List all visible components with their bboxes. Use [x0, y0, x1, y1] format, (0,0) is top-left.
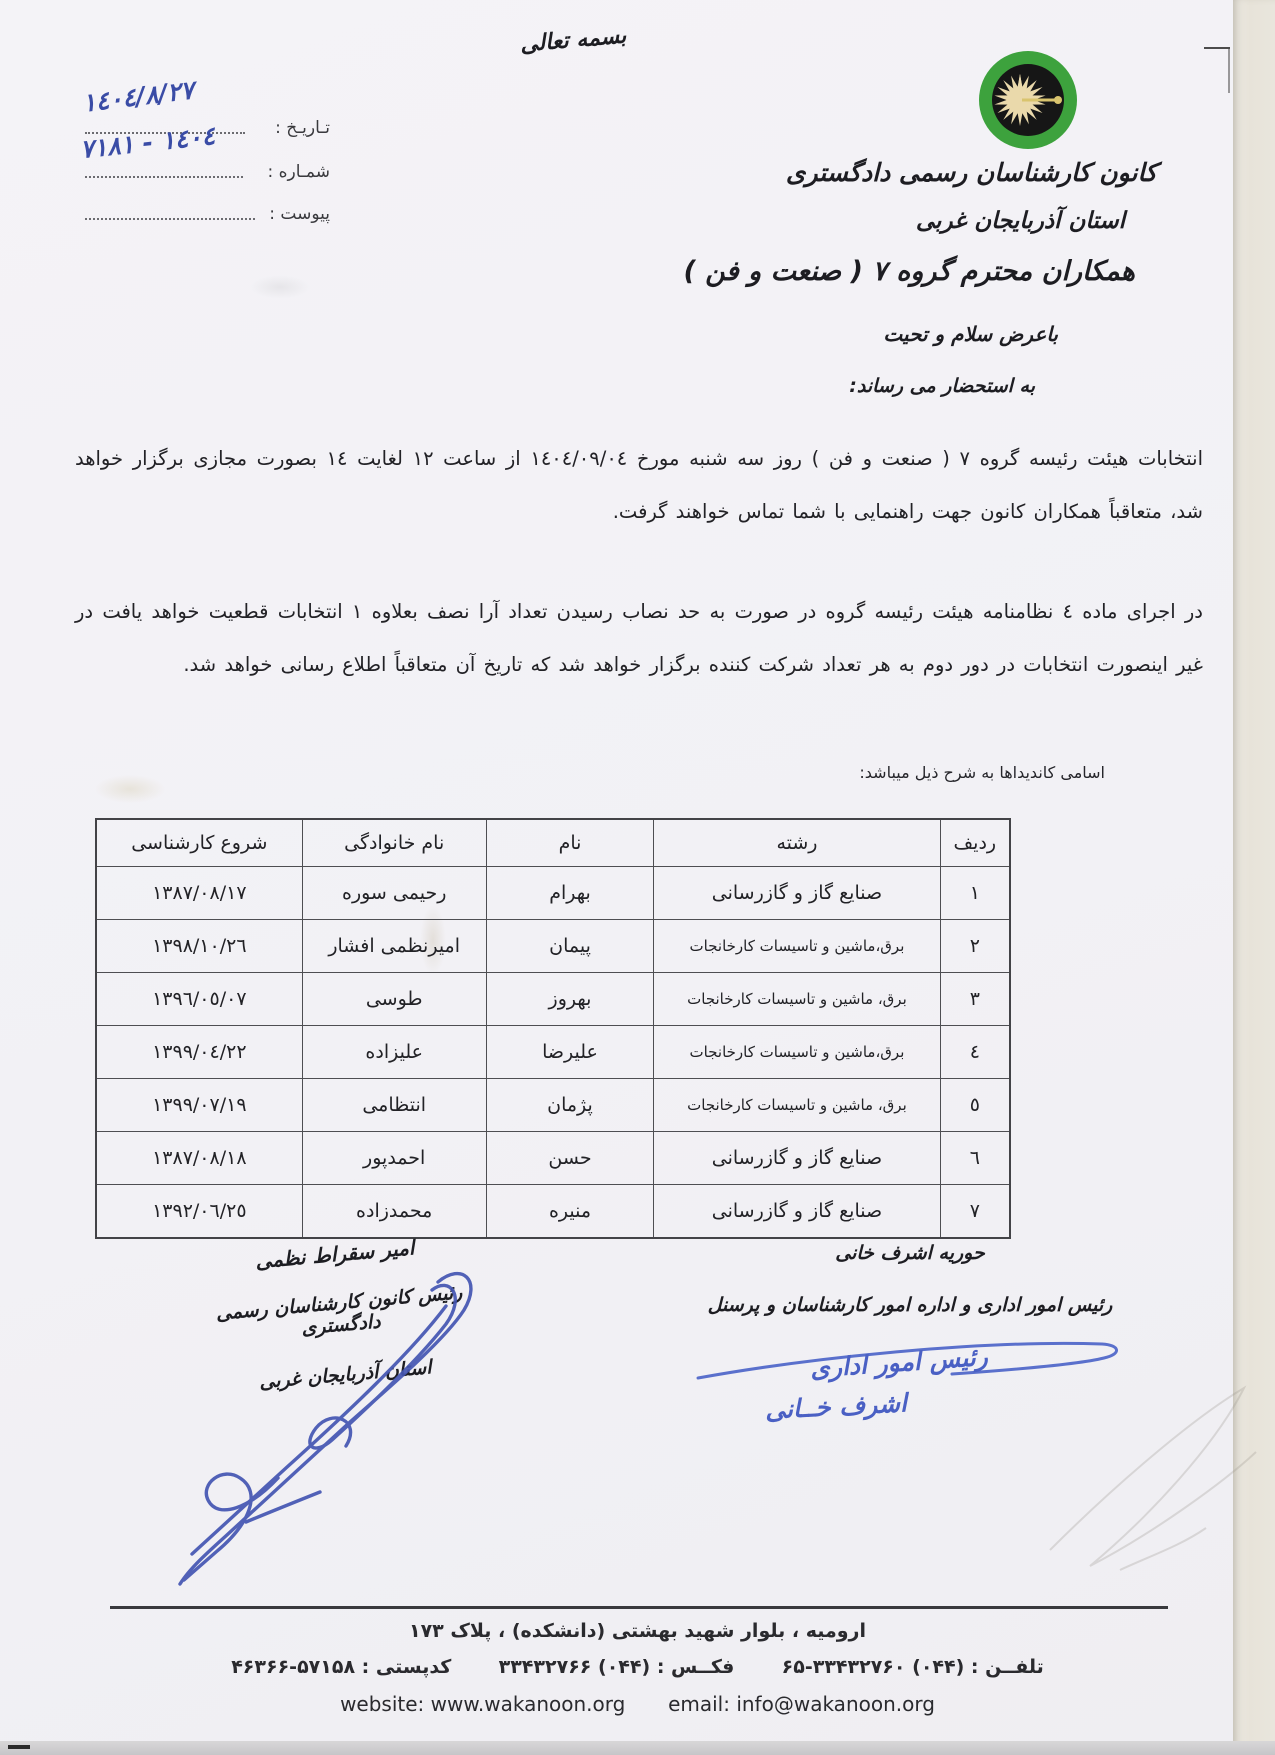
org-name: کانون کارشناسان رسمی دادگستری: [786, 158, 1157, 187]
cell-nam-khanevadegi: انتظامی: [302, 1079, 486, 1132]
cell-radif: ٤: [940, 1026, 1010, 1079]
cell-radif: ٥: [940, 1079, 1010, 1132]
cell-nam-khanevadegi: طوسی: [302, 973, 486, 1026]
org-region: استان آذربایجان غربی: [916, 208, 1125, 234]
header-reshteh: رشته: [654, 819, 940, 867]
footer-web-line: website: www.wakanoon.org email: info@wa…: [0, 1692, 1275, 1716]
admin-name: حوریه اشرف خانی: [700, 1242, 1120, 1264]
cell-shoru: ١٣٨٧/٠٨/١٨: [96, 1132, 302, 1185]
table-row: ٦ صنایع گاز و گازرسانی حسن احمدپور ١٣٨٧/…: [96, 1132, 1010, 1185]
salutation-line: باعرض سلام و تحیت: [883, 322, 1058, 346]
cell-reshteh: صنایع گاز و گازرسانی: [654, 1132, 940, 1185]
header-nam: نام: [486, 819, 654, 867]
footer-fax-label: فکــس :: [657, 1656, 735, 1678]
footer-postal-value: ۵۷۱۵۸-۴۶۳۶۶: [231, 1656, 355, 1678]
attachment-dotted-line: [85, 204, 255, 220]
bismillah-text: بسمه تعالی: [519, 23, 627, 57]
cell-nam-khanevadegi: احمدپور: [302, 1132, 486, 1185]
header-radif: ردیف: [940, 819, 1010, 867]
cell-radif: ٧: [940, 1185, 1010, 1239]
table-row: ٥ برق، ماشین و تاسیسات کارخانجات پژمان ا…: [96, 1079, 1010, 1132]
cell-nam: حسن: [486, 1132, 654, 1185]
opening-line: به استحضار می رساند:: [849, 375, 1035, 397]
admin-title: رئیس امور اداری و اداره امور کارشناسان و…: [700, 1294, 1120, 1316]
body-paragraph-2: در اجرای ماده ٤ نظامنامه هیئت رئیسه گروه…: [75, 585, 1203, 691]
association-logo: [978, 50, 1078, 150]
body-paragraph-1: انتخابات هیئت رئیسه گروه ٧ ( صنعت و فن )…: [75, 432, 1203, 538]
cell-reshteh: صنایع گاز و گازرسانی: [654, 1185, 940, 1239]
scan-edge-bottom: [0, 1741, 1275, 1755]
date-label: تـاریـخ :: [275, 118, 330, 138]
cell-shoru: ١٣٩٦/٠٥/٠٧: [96, 973, 302, 1026]
footer-email-value: info@wakanoon.org: [736, 1692, 935, 1716]
stamp-line-2: اشرف خــانی: [764, 1388, 907, 1424]
cell-nam: منیره: [486, 1185, 654, 1239]
cell-shoru: ١٣٩٩/٠٧/١٩: [96, 1079, 302, 1132]
footer-phone-label: تلفــن :: [971, 1656, 1044, 1678]
cell-reshteh: برق،ماشین و تاسیسات کارخانجات: [654, 920, 940, 973]
header-shoru-karshenasi: شروع کارشناسی: [96, 819, 302, 867]
cell-nam-khanevadegi: علیزاده: [302, 1026, 486, 1079]
cell-radif: ٦: [940, 1132, 1010, 1185]
paper-stain: [250, 275, 310, 299]
cell-reshteh: برق،ماشین و تاسیسات کارخانجات: [654, 1026, 940, 1079]
cell-nam-khanevadegi: محمدزاده: [302, 1185, 486, 1239]
cell-nam: بهروز: [486, 973, 654, 1026]
table-row: ٤ برق،ماشین و تاسیسات کارخانجات علیرضا ع…: [96, 1026, 1010, 1079]
attachment-label: پیوست :: [269, 204, 330, 224]
faint-pencil-scribble: [1030, 1360, 1270, 1590]
table-row: ٣ برق، ماشین و تاسیسات کارخانجات بهروز ط…: [96, 973, 1010, 1026]
cell-nam: پژمان: [486, 1079, 654, 1132]
table-row: ١ صنایع گاز و گازرسانی بهرام رحیمی سوره …: [96, 867, 1010, 920]
cell-reshteh: صنایع گاز و گازرسانی: [654, 867, 940, 920]
cell-nam: بهرام: [486, 867, 654, 920]
cell-nam-khanevadegi: رحیمی سوره: [302, 867, 486, 920]
corner-crop-mark-v: [1228, 49, 1230, 93]
cell-shoru: ١٣٨٧/٠٨/١٧: [96, 867, 302, 920]
footer-email-label: email:: [668, 1692, 730, 1716]
corner-crop-mark-h: [1204, 47, 1230, 49]
cell-shoru: ١٣٩٢/٠٦/٢٥: [96, 1185, 302, 1239]
footer-website-value: www.wakanoon.org: [431, 1692, 626, 1716]
number-dotted-line: [85, 162, 243, 178]
candidates-table: ردیف رشته نام نام خانوادگی شروع کارشناسی…: [95, 818, 1011, 1239]
footer-divider: [110, 1606, 1168, 1609]
cell-nam: پیمان: [486, 920, 654, 973]
footer-postal-label: کدپستی :: [362, 1656, 452, 1678]
cell-shoru: ١٣٩٩/٠٤/٢٢: [96, 1026, 302, 1079]
cell-reshteh: برق، ماشین و تاسیسات کارخانجات: [654, 973, 940, 1026]
sunburst-scale-icon: [978, 50, 1078, 150]
president-signature-ink-icon: [150, 1262, 490, 1592]
cell-nam: علیرضا: [486, 1026, 654, 1079]
paper-stain: [95, 775, 165, 803]
cell-radif: ٣: [940, 973, 1010, 1026]
table-row: ٢ برق،ماشین و تاسیسات کارخانجات پیمان ام…: [96, 920, 1010, 973]
header-nam-khanevadegi: نام خانوادگی: [302, 819, 486, 867]
table-header-row: ردیف رشته نام نام خانوادگی شروع کارشناسی: [96, 819, 1010, 867]
cell-shoru: ١٣٩٨/١٠/٢٦: [96, 920, 302, 973]
cell-reshteh: برق، ماشین و تاسیسات کارخانجات: [654, 1079, 940, 1132]
footer-phone-value: (۰۴۴) ۳۳۴۳۲۷۶۰-۶۵: [782, 1656, 965, 1678]
cell-radif: ٢: [940, 920, 1010, 973]
recipient-line: همکاران محترم گروه ٧ ( صنعت و فن ): [684, 256, 1135, 287]
footer-fax-value: (۰۴۴) ۳۳۴۳۲۷۶۶: [499, 1656, 651, 1678]
handwritten-date-value: ١٤٠٤/٨/٢٧: [81, 75, 196, 117]
footer-address: ارومیه ، بلوار شهید بهشتی (دانشکده) ، پل…: [0, 1620, 1275, 1642]
number-label: شمـاره :: [268, 162, 330, 182]
scan-bottom-left-mark: [8, 1745, 30, 1749]
scanned-letter-page: بسمه تعالی ١٤٠٤/٨/٢٧ تـاریـخ : ١٤٠٤ - ٧١…: [0, 0, 1275, 1755]
cell-radif: ١: [940, 867, 1010, 920]
table-row: ٧ صنایع گاز و گازرسانی منیره محمدزاده ١٣…: [96, 1185, 1010, 1239]
cell-nam-khanevadegi: امیرنظمی افشار: [302, 920, 486, 973]
footer-website-label: website:: [340, 1692, 424, 1716]
signature-block-admin: حوریه اشرف خانی رئیس امور اداری و اداره …: [700, 1242, 1120, 1316]
table-intro-line: اسامی کاندیداها به شرح ذیل میباشد:: [859, 763, 1105, 782]
